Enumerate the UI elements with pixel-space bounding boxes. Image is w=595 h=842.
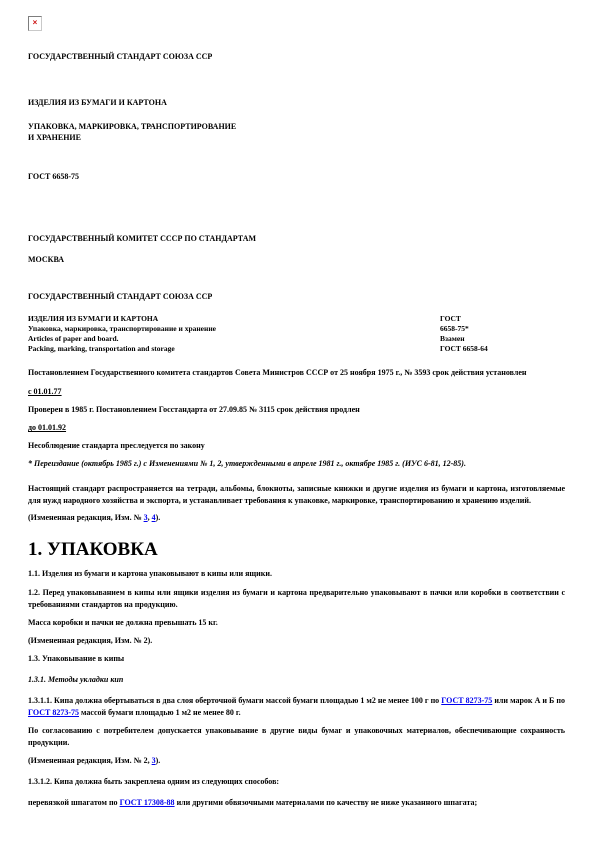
section-1-heading: 1. УПАКОВКА bbox=[28, 538, 565, 561]
clause-1-1: 1.1. Изделия из бумаги и картона упаковы… bbox=[28, 568, 565, 580]
broken-image-icon: × bbox=[28, 16, 42, 31]
subtitle-line-2: И ХРАНЕНИЕ bbox=[28, 133, 81, 142]
standard-header: ГОСУДАРСТВЕННЫЙ СТАНДАРТ СОЮЗА ССР bbox=[28, 51, 565, 63]
replaces-label: Взамен bbox=[440, 334, 560, 344]
title-block-title-ru: ИЗДЕЛИЯ ИЗ БУМАГИ И КАРТОНА bbox=[28, 314, 440, 324]
tie-method-paragraph: перевязкой шпагатом по ГОСТ 17308-88 или… bbox=[28, 797, 565, 809]
gost-label: ГОСТ bbox=[440, 314, 560, 324]
amendment-note-2: (Измененная редакция, Изм. № 2). bbox=[28, 635, 565, 647]
title-block-subtitle-ru: Упаковка, маркировка, транспортирование … bbox=[28, 324, 440, 334]
decree-paragraph: Постановлением Государственного комитета… bbox=[28, 365, 565, 381]
title-block-subtitle-en: Packing, marking, transportation and sto… bbox=[28, 344, 440, 354]
title-block: ИЗДЕЛИЯ ИЗ БУМАГИ И КАРТОНА Упаковка, ма… bbox=[28, 314, 565, 354]
extended-to-date: до 01.01.92 bbox=[28, 422, 565, 434]
committee-name: ГОСУДАРСТВЕННЫЙ КОМИТЕТ СССР ПО СТАНДАРТ… bbox=[28, 233, 565, 245]
agreement-paragraph: По согласованию с потребителем допускает… bbox=[28, 725, 565, 749]
clause-1-3-1-2: 1.3.1.2. Кипа должна быть закреплена одн… bbox=[28, 776, 565, 788]
clause-1-3-1-1-text-2: или марок А и Б по bbox=[492, 696, 565, 705]
document-page: × ГОСУДАРСТВЕННЫЙ СТАНДАРТ СОЮЗА ССР ИЗД… bbox=[0, 0, 595, 809]
tie-method-text-2: или другими обвязочными материалами по к… bbox=[175, 798, 478, 807]
standard-header-repeat: ГОСУДАРСТВЕННЫЙ СТАНДАРТ СОЮЗА ССР bbox=[28, 291, 565, 303]
amendment-note-2-3-suffix: ). bbox=[156, 756, 161, 765]
gost-number: ГОСТ 6658-75 bbox=[28, 171, 565, 183]
gost-8273-75-link-2[interactable]: ГОСТ 8273-75 bbox=[28, 708, 79, 717]
replaced-gost-code: ГОСТ 6658-64 bbox=[440, 344, 560, 354]
title-block-left: ИЗДЕЛИЯ ИЗ БУМАГИ И КАРТОНА Упаковка, ма… bbox=[28, 314, 440, 354]
clause-1-3-1: 1.3.1. Методы укладки кип bbox=[28, 674, 565, 686]
amendment-note-3-4: (Измененная редакция, Изм. № 3, 4). bbox=[28, 512, 565, 524]
effective-from-date: с 01.01.77 bbox=[28, 386, 565, 398]
scope-paragraph: Настоящий стандарт распространяется на т… bbox=[28, 483, 565, 507]
amendment-note-prefix: (Измененная редакция, Изм. № bbox=[28, 513, 144, 522]
law-note: Несоблюдение стандарта преследуется по з… bbox=[28, 440, 565, 452]
subtitle-line-1: УПАКОВКА, МАРКИРОВКА, ТРАНСПОРТИРОВАНИЕ bbox=[28, 122, 236, 131]
clause-1-3-1-1-text-3: массой бумаги площадью 1 м2 не менее 80 … bbox=[79, 708, 241, 717]
amendment-note-2-3: (Измененная редакция, Изм. № 2, 3). bbox=[28, 755, 565, 767]
clause-1-2: 1.2. Перед упаковыванием в кипы или ящик… bbox=[28, 587, 565, 611]
mass-limit-paragraph: Масса коробки и пачки не должна превышат… bbox=[28, 617, 565, 629]
amendment-note-2-3-prefix: (Измененная редакция, Изм. № 2, bbox=[28, 756, 152, 765]
clause-1-3-1-1-text-1: 1.3.1.1. Кипа должна обертываться в два … bbox=[28, 696, 441, 705]
document-title: ИЗДЕЛИЯ ИЗ БУМАГИ И КАРТОНА bbox=[28, 97, 565, 109]
gost-17308-88-link[interactable]: ГОСТ 17308-88 bbox=[120, 798, 175, 807]
clause-1-3-1-1: 1.3.1.1. Кипа должна обертываться в два … bbox=[28, 695, 565, 719]
broken-image-x-glyph: × bbox=[29, 17, 41, 29]
gost-8273-75-link-1[interactable]: ГОСТ 8273-75 bbox=[441, 696, 492, 705]
city-label: МОСКВА bbox=[28, 254, 565, 266]
title-block-right: ГОСТ 6658-75* Взамен ГОСТ 6658-64 bbox=[440, 314, 560, 354]
checked-paragraph: Проверен в 1985 г. Постановлением Госста… bbox=[28, 404, 565, 416]
gost-code: 6658-75* bbox=[440, 324, 560, 334]
document-subtitle: УПАКОВКА, МАРКИРОВКА, ТРАНСПОРТИРОВАНИЕИ… bbox=[28, 121, 565, 143]
amendment-note-suffix: ). bbox=[156, 513, 161, 522]
tie-method-text-1: перевязкой шпагатом по bbox=[28, 798, 120, 807]
title-block-title-en: Articles of paper and board. bbox=[28, 334, 440, 344]
clause-1-3: 1.3. Упаковывание в кипы bbox=[28, 653, 565, 665]
reissue-note: * Переиздание (октябрь 1985 г.) с Измене… bbox=[28, 458, 565, 470]
